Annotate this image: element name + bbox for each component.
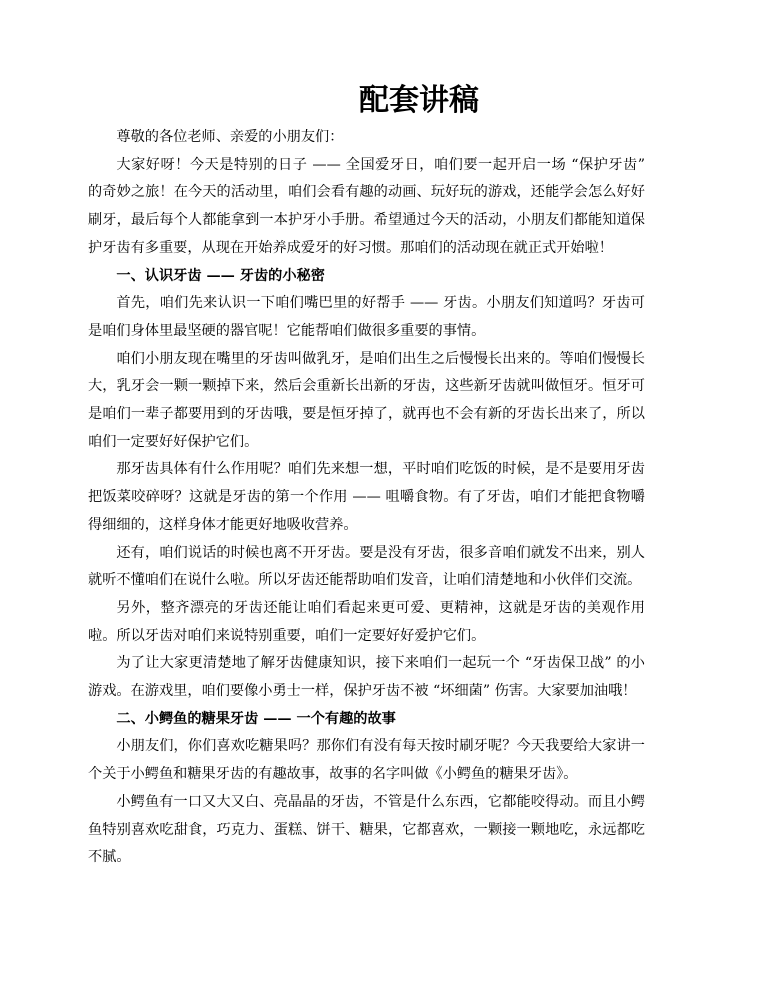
document-body: 尊敬的各位老师、亲爱的小朋友们： 大家好呀！今天是特别的日子 —— 全国爱牙日，…	[88, 124, 645, 872]
paragraph-game-intro: 为了让大家更清楚地了解牙齿健康知识，接下来咱们一起玩一个 “牙齿保卫战” 的小游…	[88, 650, 645, 705]
paragraph-speech-function: 还有，咱们说话的时候也离不开牙齿。要是没有牙齿，很多音咱们就发不出来，别人就听不…	[88, 540, 645, 595]
paragraph-chewing-function: 那牙齿具体有什么作用呢？咱们先来想一想，平时咱们吃饭的时候，是不是要用牙齿把饭菜…	[88, 456, 645, 539]
paragraph-baby-and-permanent-teeth: 咱们小朋友现在嘴里的牙齿叫做乳牙，是咱们出生之后慢慢长出来的。等咱们慢慢长大，乳…	[88, 346, 645, 457]
paragraph-crocodile-teeth: 小鳄鱼有一口又大又白、亮晶晶的牙齿，不管是什么东西，它都能咬得动。而且小鳄鱼特别…	[88, 789, 645, 872]
opening-paragraph: 大家好呀！今天是特别的日子 —— 全国爱牙日，咱们要一起开启一场 “保护牙齿” …	[88, 152, 645, 263]
document-title: 配套讲稿	[193, 86, 645, 116]
section-1-heading: 一、认识牙齿 —— 牙齿的小秘密	[88, 263, 645, 291]
section-2-heading: 二、小鳄鱼的糖果牙齿 —— 一个有趣的故事	[88, 706, 645, 734]
document-page: 配套讲稿 尊敬的各位老师、亲爱的小朋友们： 大家好呀！今天是特别的日子 —— 全…	[0, 0, 770, 1000]
paragraph-teeth-intro: 首先，咱们先来认识一下咱们嘴巴里的好帮手 —— 牙齿。小朋友们知道吗？牙齿可是咱…	[88, 290, 645, 345]
salutation-line: 尊敬的各位老师、亲爱的小朋友们：	[88, 124, 645, 152]
paragraph-story-intro: 小朋友们，你们喜欢吃糖果吗？那你们有没有每天按时刷牙呢？今天我要给大家讲一个关于…	[88, 733, 645, 788]
paragraph-appearance-function: 另外，整齐漂亮的牙齿还能让咱们看起来更可爱、更精神，这就是牙齿的美观作用啦。所以…	[88, 595, 645, 650]
